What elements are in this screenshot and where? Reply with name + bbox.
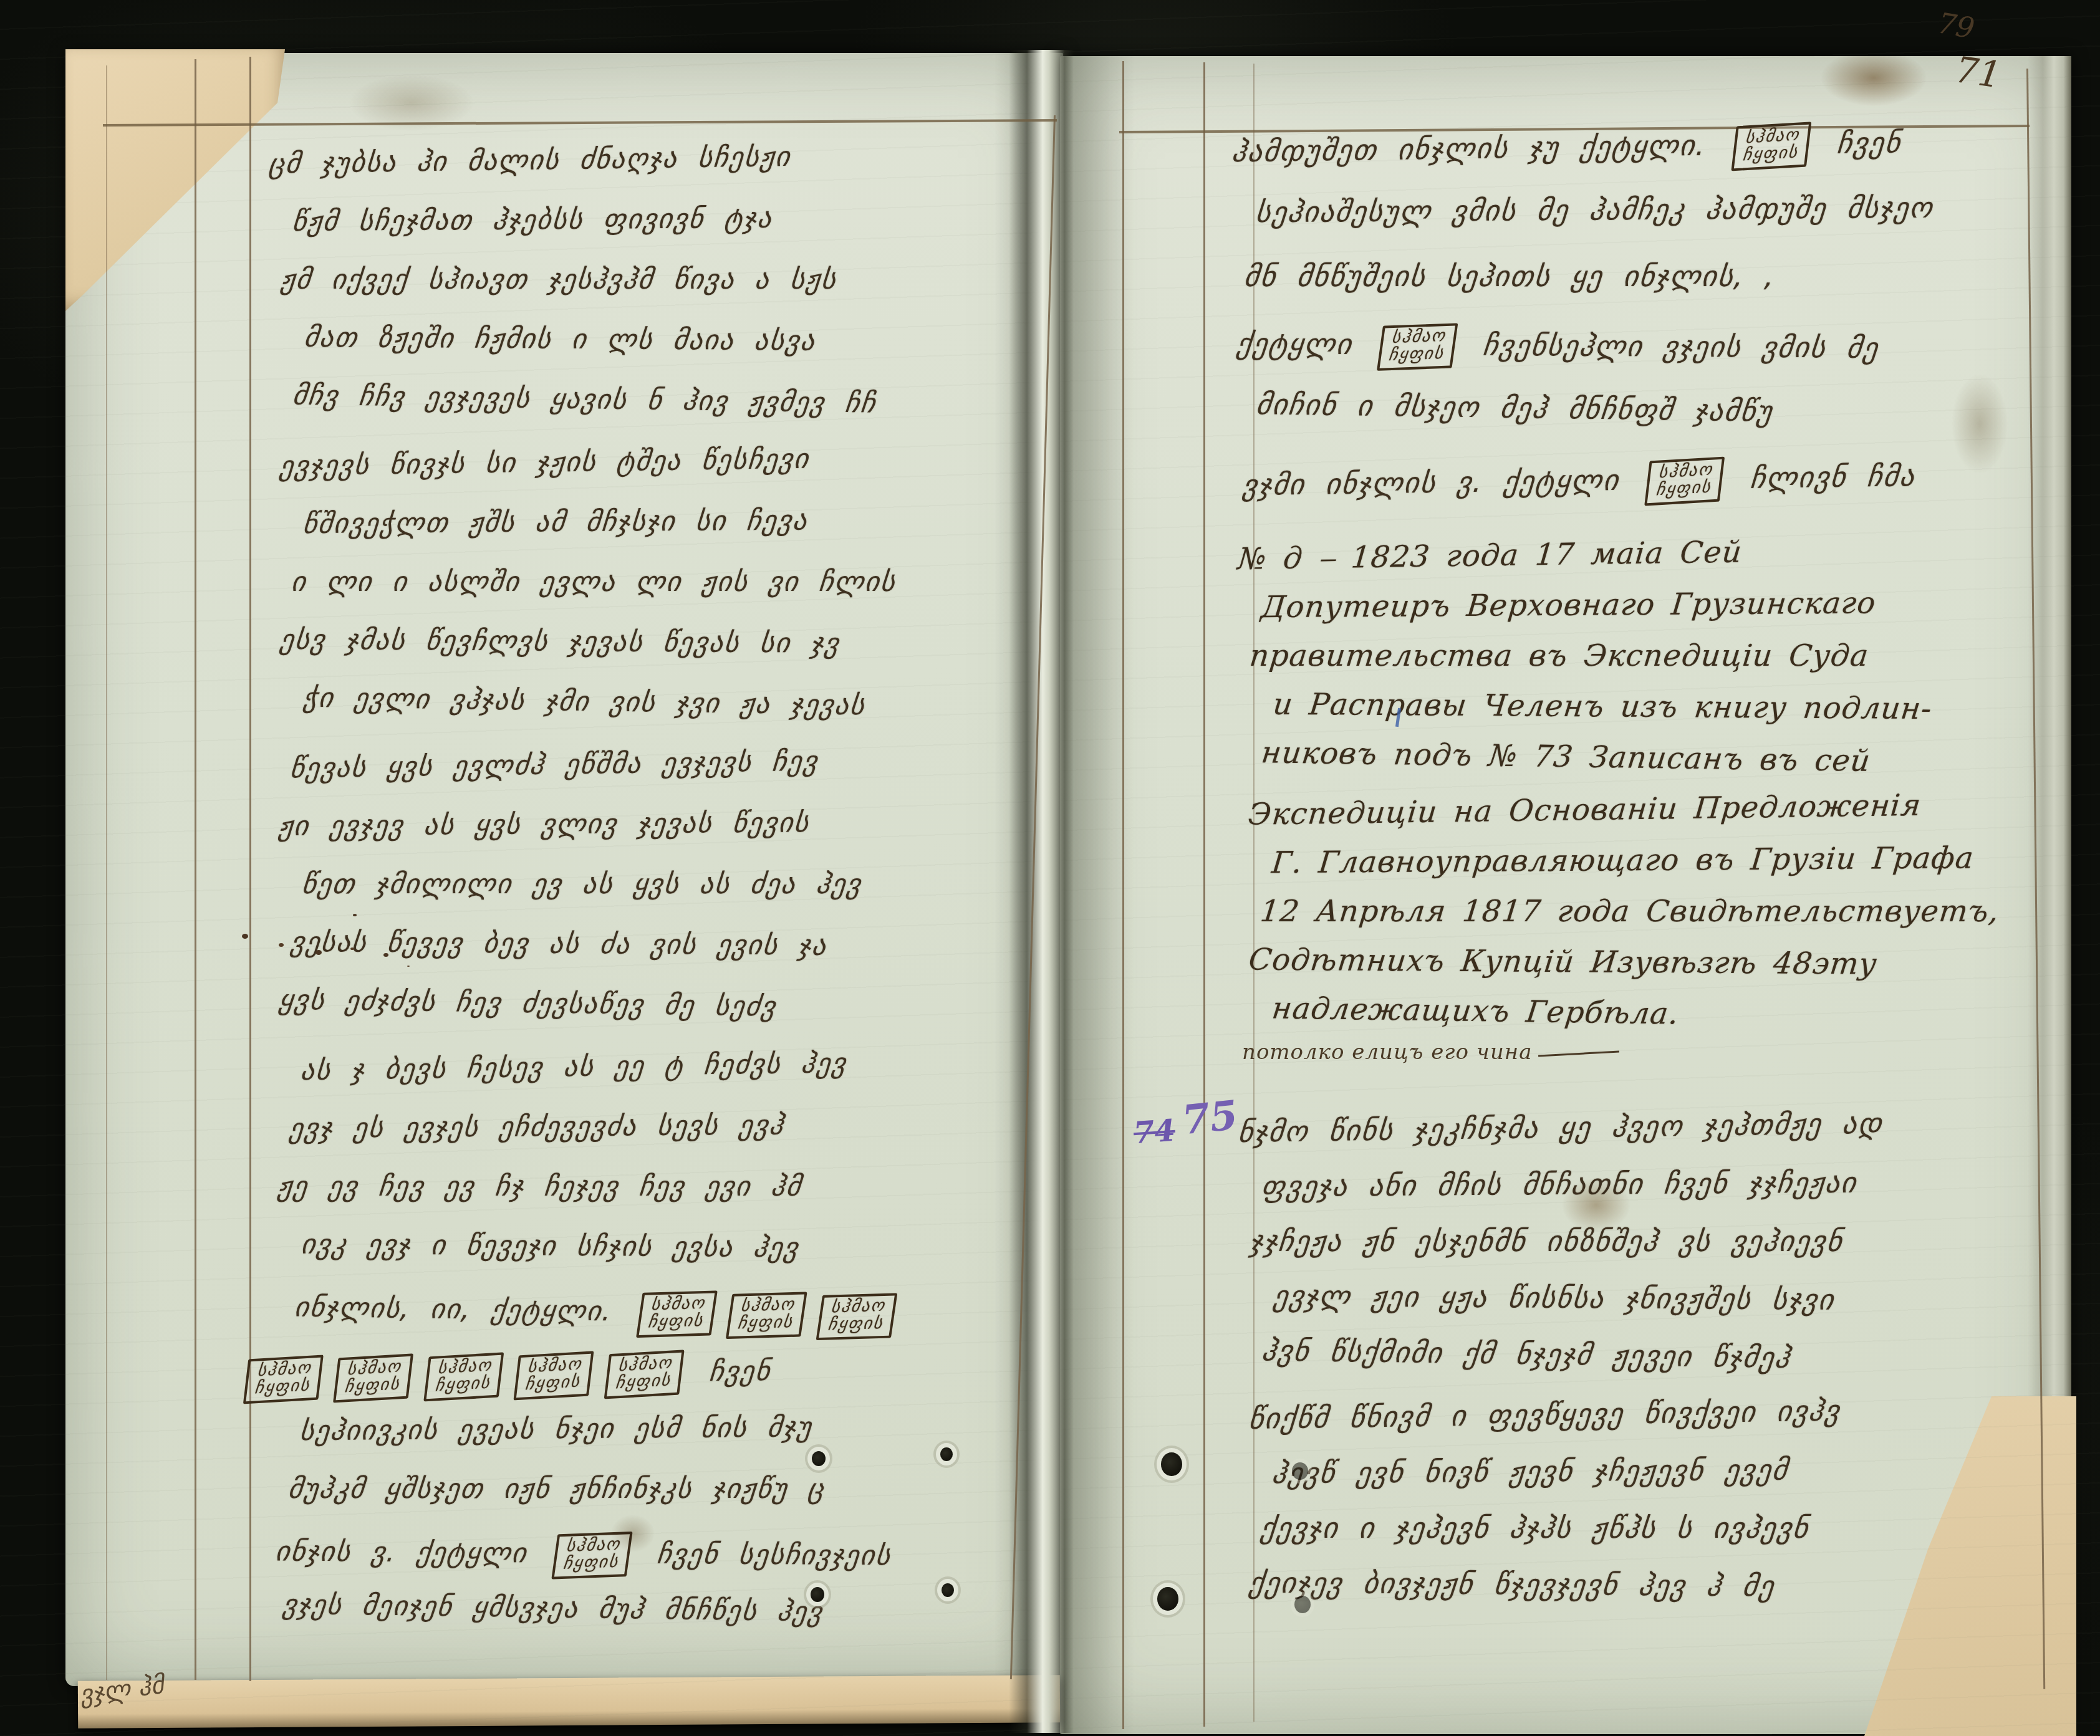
right-page-georgian-bottom: ნჯმო წინს ჯეკჩნჯმა ყე ჰვეო ჯეჰთმჟე ადფვე…	[1238, 1110, 2042, 1626]
stamp-line: ჩყფის	[737, 1313, 795, 1333]
manuscript-line: ქეიჯევ ბივჯეჟნ წჯევჯევნ ჰევ ჰ მე	[1245, 1566, 2045, 1629]
manuscript-line: სეჰიივკის ევეას ნჯეი ესმ ნის მჯუ	[296, 1410, 1044, 1475]
approval-stamp-box: სჰმაოჩყფის	[604, 1350, 684, 1399]
punch-hole	[812, 1451, 826, 1466]
stamp-line: ჩყფის	[615, 1372, 672, 1393]
handwriting-segment: ევჯ ეს ევჯეს ეჩძევევძა სევს ევჰ	[287, 1110, 786, 1145]
handwriting-segment: правительства въ Экспедиціи Суда	[1248, 638, 1871, 673]
stain	[349, 75, 474, 131]
handwriting-segment: ჩვენ სესჩივჯეის	[635, 1538, 893, 1572]
punch-hole	[1157, 1587, 1178, 1611]
manuscript-line: წევას ყვს ევლძჰ ეწშმა ევჯევს ჩევ	[286, 742, 1044, 813]
manuscript-line: ქევჯი ი ჯეჰევნ ჰჯჰს ჟწჰს ს ივჰევნ	[1256, 1511, 2045, 1568]
manuscript-line: ვჯმი ინჯლის ვ. ქეტყლი სჰმაოჩყფის ჩლივნ ჩ…	[1238, 454, 2039, 532]
handwriting-segment: ევჯლ ჟეი ყჟა წისნსა ჯნივჟშეს სჯვი	[1272, 1279, 1837, 1316]
previous-folio-number: 79	[1935, 6, 1977, 45]
manuscript-line: მათ ზჟეში ჩჟმის ი ლს მაია ასვა	[299, 322, 1044, 387]
handwriting-segment: მნ მნწუშეის სეჰითს ყე ინჯლის, ,	[1243, 259, 1777, 293]
manuscript-line: ინჯლის, იი, ქეტყლი. სჰმაოჩყფისსჰმაოჩყფის…	[290, 1287, 1044, 1358]
handwriting-segment: ინჯის ვ. ქეტყლი	[274, 1536, 549, 1570]
approval-stamp-box: სჰმაოჩყფის	[423, 1352, 504, 1401]
manuscript-line: წეთ ჯმილილი ევ ას ყვს ას ძეა ჰევ	[297, 868, 1044, 929]
handwriting-segment: Содѣтнихъ Купцій Изувѣзгѣ 48эту	[1247, 942, 1879, 982]
manuscript-line: ჟი ევჯევ ას ყვს ვლივ ჯევას წევის	[274, 805, 1044, 871]
approval-stamp-box: სჰმაოჩყფის	[514, 1351, 594, 1400]
stamp-line: ჩყფის	[647, 1312, 705, 1331]
margin-line	[195, 59, 196, 1680]
handwriting-segment: Допутеиръ Верховнаго Грузинскаго	[1260, 585, 1877, 625]
manuscript-line: Г. Главноуправляющаго въ Грузіи Графа	[1269, 840, 2039, 897]
manuscript-scan: ცმ ჯუბსა ჰი მალის ძნაღჯა სჩესჟიწჟმ სჩეჯმ…	[0, 0, 2100, 1736]
handwriting-segment: № д ⎯ 1823 года 17 маіа Сей	[1236, 535, 1744, 577]
handwriting-segment: ჰამჶუშეთ ინჯლის ჯუ ქეტყლი.	[1231, 128, 1728, 168]
handwriting-segment: ფვეჯა ანი მჩის მნჩათნი ჩვენ ჯჯჩეჟაი	[1260, 1166, 1859, 1204]
handwriting-segment: никовъ подъ № 73 Записанъ въ сей	[1260, 735, 1872, 779]
punch-hole	[811, 1587, 824, 1602]
handwriting-segment: წჟმ სჩეჯმათ ჰჯებსს ფივივნ ტჯა	[291, 203, 774, 237]
stain	[1952, 374, 2008, 474]
handwriting-segment: წევას ყვს ევლძჰ ეწშმა ევჯევს ჩევ	[289, 746, 820, 785]
manuscript-line: ჯჯჩეჟა ჟნ ესჯენმნ ინზნშეჰ ვს ვეჰიევნ	[1246, 1224, 2045, 1282]
right-page-russian-text: № д ⎯ 1823 года 17 маіа СейДопутеиръ Вер…	[1238, 536, 2036, 1047]
handwriting-segment: მიჩინ ი მსჯეო მეჰ მნჩნფშ ჯამწუ	[1255, 387, 1775, 428]
handwriting-segment: მუჰკმ ყშსჯეთ იჟნ ჟნჩინჯკს ჯიჟწუ ც	[287, 1473, 827, 1505]
margin-line	[1203, 62, 1205, 1727]
manuscript-line: 12 Апрѣля 1817 года Свидѣтельствуетъ,	[1257, 894, 2039, 945]
manuscript-line: ფვეჯა ანი მჩის მნჩათნი ჩვენ ჯჯჩეჟაი	[1258, 1164, 2045, 1227]
handwriting-segment: ქეტყლი	[1235, 327, 1375, 362]
handwriting-segment: ქეიჯევ ბივჯეჟნ წჯევჯევნ ჰევ ჰ მე	[1248, 1566, 1777, 1603]
handwriting-segment: ინჯლის, იი, ქეტყლი.	[293, 1291, 634, 1328]
handwriting-segment: ჰვნ წსქმიმი ქმ ნჯეჯმ ჟევეი წჯმეჰ	[1260, 1333, 1793, 1374]
handwriting-segment: ევჯევს წივჯს სი ჯჟის ტშეა წესჩევი	[278, 443, 811, 482]
handwriting-segment: წეთ ჯმილილი ევ ას ყვს ას ძეა ჰევ	[301, 868, 864, 900]
manuscript-line: № д ⎯ 1823 года 17 маіа Сей	[1235, 530, 2038, 593]
stain	[1821, 50, 1927, 106]
manuscript-line: ესვ ჯმას წევჩლვს ჯევას წევას სი ჯვ	[275, 624, 1044, 690]
manuscript-line: ვესას წევევ ბევ ას ძა ვის ევის ჯა	[286, 926, 1044, 992]
manuscript-line: ევჯლ ჟეი ყჟა წისნსა ჯნივჟშეს სჯვი	[1269, 1279, 2045, 1342]
handwriting-segment: ჰევწ ევნ ნივწ ჟევნ ჯჩეჟევნ ევემ	[1271, 1453, 1791, 1490]
margin-line	[1122, 61, 1124, 1729]
manuscript-line: ივკ ევჯ ი წევეჯი სჩჯის ევსა ჰევ	[296, 1229, 1044, 1294]
stamp-line: ჩყფის	[562, 1553, 620, 1573]
stamp-line: ჩყფის	[524, 1373, 582, 1394]
handwriting-segment: ქევჯი ი ჯეჰევნ ჰჯჰს ჟწჰს ს ივჰევნ	[1259, 1511, 1811, 1545]
manuscript-line: წშივეჭლთ ჟშს ამ მჩჯსჯი სი ჩევა	[299, 503, 1044, 568]
handwriting-segment: ესვ ჯმას წევჩლვს ჯევას წევას სი ჯვ	[278, 624, 842, 659]
manuscript-line: ცმ ჯუბსა ჰი მალის ძნაღჯა სჩესჟი	[265, 137, 1045, 208]
approval-stamp-box: სჰმაოჩყფის	[1644, 456, 1725, 506]
handwriting-segment: и Расправы Челенъ изъ книгу подлин-	[1271, 687, 1934, 726]
punch-hole	[1294, 1596, 1311, 1613]
manuscript-line: ჭი ევლი ვჰჯას ჯმი ვის ჯვი ჟა ჯევას	[298, 682, 1044, 753]
left-page-text: ცმ ჯუბსა ჰი მალის ძნაღჯა სჩესჟიწჟმ სჩეჯმ…	[268, 143, 1041, 1654]
manuscript-line: Допутеиръ Верховнаго Грузинскаго	[1258, 585, 2039, 641]
handwriting-segment: წიქწმ წნივმ ი ფევწყევე წივქვეი ივჰვ	[1247, 1394, 1842, 1436]
handwriting-segment: ჟი ევჯევ ას ყვს ვლივ ჯევას წევის	[277, 807, 811, 842]
manuscript-line: მნ მნწუშეის სეჰითს ყე ინჯლის, ,	[1239, 259, 2039, 326]
manuscript-line: ევჯ ეს ევჯეს ეჩძევევძა სევს ევჰ	[285, 1108, 1044, 1173]
manuscript-line: მჩვ ჩჩვ ევჯევეს ყავის ნ ჰივ ჟვმევ ჩჩ	[287, 380, 1044, 451]
handwriting-segment: 12 Апрѣля 1817 года Свидѣтельствуетъ,	[1258, 894, 2000, 929]
manuscript-line: ჰევწ ევნ ნივწ ჟევნ ჯჩეჟევნ ევემ	[1268, 1451, 2045, 1514]
underline-flourish	[1538, 1050, 1619, 1057]
manuscript-line: სეჰიაშესულ ვმის მე ჰამჩეკ ჰამჶუშე მსჯეო	[1251, 190, 2039, 262]
handwriting-segment: ჩვენ	[1815, 125, 1903, 160]
manuscript-line: ას ჯ ბევს ჩესევ ას ეე ტ ჩეძვს ჰევ	[297, 1045, 1044, 1116]
crossed-out-folio-number: 74	[1132, 1113, 1177, 1151]
approval-stamp-box: სჰმაოჩყფის	[816, 1293, 897, 1340]
handwriting-segment: надлежащихъ Гербѣла.	[1270, 990, 1681, 1031]
manuscript-line: ჟე ევ ჩევ ევ ჩჯ ჩეჯევ ჩევ ევი ჰმ	[273, 1171, 1044, 1231]
approval-stamp-box: სჰმაოჩყფის	[726, 1292, 807, 1338]
approval-stamp-box: სჰმაოჩყფის	[243, 1355, 324, 1404]
handwriting-segment: ჟე ევ ჩევ ევ ჩჯ ჩეჯევ ჩევ ევი ჰმ	[276, 1171, 804, 1202]
manuscript-line: ქეტყლი სჰმაოჩყფის ჩვენსეჰლი ვჯეის ვმის მ…	[1231, 324, 2039, 396]
manuscript-line: ი ლი ი ასლში ევლა ლი ჟის ვი ჩლის	[287, 566, 1044, 626]
stamp-line: ჩყფის	[1655, 479, 1713, 500]
manuscript-line: Экспедиціи на Основаніи Предложенія	[1245, 786, 2038, 848]
handwriting-segment: წშივეჭლთ ჟშს ამ მჩჯსჯი სი ჩევა	[301, 504, 809, 540]
punch-hole	[942, 1583, 954, 1597]
handwriting-segment: მათ ზჟეში ჩჟმის ი ლს მაია ასვა	[302, 322, 817, 357]
manuscript-line: მუჰკმ ყშსჯეთ იჟნ ჟნჩინჯკს ჯიჟწუ ც	[284, 1473, 1044, 1533]
margin-line	[106, 65, 107, 1680]
right-page-georgian-top: ჰამჶუშეთ ინჯლის ჯუ ქეტყლი. სჰმაოჩყფის ჩვ…	[1231, 126, 2036, 526]
clerk-note: потолко елицъ его чина	[1242, 1040, 1619, 1065]
approval-stamp-box: სჰმაოჩყფის	[1377, 323, 1458, 370]
stain	[1562, 1178, 1630, 1232]
handwriting-segment: ჟმ იქვექ სჰიავთ ჯესჰვჰმ წივა ა სჟს	[279, 264, 839, 295]
manuscript-line: მიჩინ ი მსჯეო მეჰ მნჩნფშ ჯამწუ	[1251, 387, 2040, 464]
handwriting-segment: ყვს ეძჯძვს ჩევ ძევსაწევ მე სეძვ	[277, 984, 779, 1022]
handwriting-segment: ნჯმო წინს ჯეკჩნჯმა ყე ჰვეო ჯეჰთმჟე ად	[1236, 1106, 1884, 1149]
handwriting-segment: ჩლივნ ჩმა	[1728, 459, 1917, 495]
handwriting-segment: სეჰიაშესულ ვმის მე ჰამჩეკ ჰამჶუშე მსჯეო	[1255, 191, 1935, 229]
folio-number: 71	[1953, 48, 2005, 97]
manuscript-line: წიქწმ წნივმ ი ფევწყევე წივქვეი ივჰვ	[1245, 1391, 2045, 1459]
corrected-folio-number: 75	[1180, 1092, 1240, 1144]
approval-stamp-box: სჰმაოჩყფის	[636, 1290, 718, 1337]
manuscript-line: правительства въ Экспедиціи Суда	[1246, 638, 2039, 689]
stamp-line: ჩყფის	[1742, 144, 1799, 165]
clerk-note-text: потолко елицъ его чина	[1242, 1040, 1532, 1065]
ink-spots	[242, 934, 248, 939]
handwriting-segment: ას ჯ ბევს ჩესევ ას ეე ტ ჩეძვს ჰევ	[299, 1047, 849, 1086]
manuscript-line: ჰვნ წსქმიმი ქმ ნჯეჯმ ჟევეი წჯმეჰ	[1258, 1333, 2045, 1401]
manuscript-line: Содѣтнихъ Купцій Изувѣзгѣ 48эту	[1245, 942, 2038, 999]
stamp-line: ჩყფის	[344, 1376, 402, 1397]
manuscript-line: ინჯის ვ. ქეტყლი სჰმაოჩყფის ჩვენ სესჩივჯე…	[271, 1531, 1044, 1597]
handwriting-segment: ცმ ჯუბსა ჰი მალის ძნაღჯა სჩესჟი	[267, 141, 792, 180]
approval-stamp-box: სჰმაოჩყფის	[334, 1353, 414, 1403]
handwriting-segment: Экспедиціи на Основаніи Предложенія	[1247, 788, 1923, 832]
handwriting-segment: ჯჯჩეჟა ჟნ ესჯენმნ ინზნშეჰ ვს ვეჰიევნ	[1248, 1224, 1845, 1258]
manuscript-line: სჰმაოჩყფისსჰმაოჩყფისსჰმაოჩყფისსჰმაოჩყფის…	[235, 1346, 1045, 1418]
handwriting-segment: ჩვენსეჰლი ვჯეის ვმის მე	[1461, 328, 1881, 365]
handwriting-segment: ვესას წევევ ბევ ას ძა ვის ევის ჯა	[289, 926, 829, 962]
manuscript-line: ჰამჶუშეთ ინჯლის ჯუ ქეტყლი. სჰმაოჩყფის ჩვ…	[1228, 120, 2040, 198]
stain	[611, 1515, 655, 1552]
handwriting-segment: ივკ ევჯ ი წევეჯი სჩჯის ევსა ჰევ	[299, 1229, 801, 1264]
handwriting-segment: ვჯეს მეიჯენ ყმსვჯეა მუჰ მნჩწეს ჰევ	[281, 1588, 826, 1628]
approval-stamp-box: სჰმაოჩყფის	[1731, 122, 1811, 171]
stamp-line: ჩყფის	[254, 1377, 311, 1398]
handwriting-segment: ვჯმი ინჯლის ვ. ქეტყლი	[1241, 463, 1642, 502]
handwriting-segment: Г. Главноуправляющаго въ Грузіи Графа	[1270, 840, 1975, 880]
punch-hole	[1292, 1462, 1308, 1480]
manuscript-line: ევჯევს წივჯს სი ჯჟის ტშეა წესჩევი	[276, 439, 1045, 511]
handwriting-segment: ჩვენ	[688, 1355, 773, 1388]
manuscript-line: и Расправы Челенъ изъ книгу подлин-	[1269, 687, 2038, 744]
manuscript-line: ვჯეს მეიჯენ ყმსვჯეა მუჰ მნჩწეს ჰევ	[277, 1588, 1044, 1659]
margin-line	[249, 57, 251, 1681]
manuscript-line: ნჯმო წინს ჯეკჩნჯმა ყე ჰვეო ჯეჰთმჟე ად	[1235, 1104, 2045, 1173]
stamp-line: ჩყფის	[827, 1315, 885, 1334]
stamp-line: ჩყფის	[434, 1374, 491, 1396]
manuscript-line: ჟმ იქვექ სჰიავთ ჯესჰვჰმ წივა ა სჟს	[276, 264, 1044, 324]
manuscript-line: ყვს ეძჯძვს ჩევ ძევსაწევ მე სეძვ	[274, 984, 1044, 1055]
handwriting-segment: ი ლი ი ასლში ევლა ლი ჟის ვი ჩლის	[290, 566, 898, 598]
punch-hole	[1161, 1452, 1182, 1476]
stamp-line: ჩყფის	[1388, 345, 1446, 365]
manuscript-line: წჟმ სჩეჯმათ ჰჯებსს ფივივნ ტჯა	[288, 201, 1044, 266]
handwriting-segment: სეჰიივკის ევეას ნჯეი ესმ ნის მჯუ	[298, 1411, 814, 1447]
punch-hole	[940, 1447, 953, 1461]
